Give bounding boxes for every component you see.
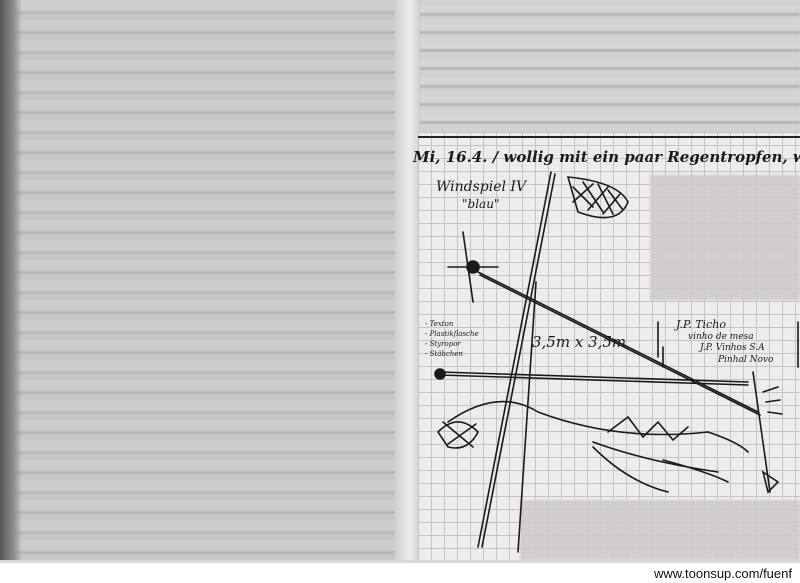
windspiel-sketch [418, 132, 800, 560]
right-page-top-text [420, 0, 800, 132]
left-notebook-page [0, 0, 412, 560]
binding-shadow [0, 0, 22, 560]
source-url: www.toonsup.com/fuenf [654, 566, 792, 581]
